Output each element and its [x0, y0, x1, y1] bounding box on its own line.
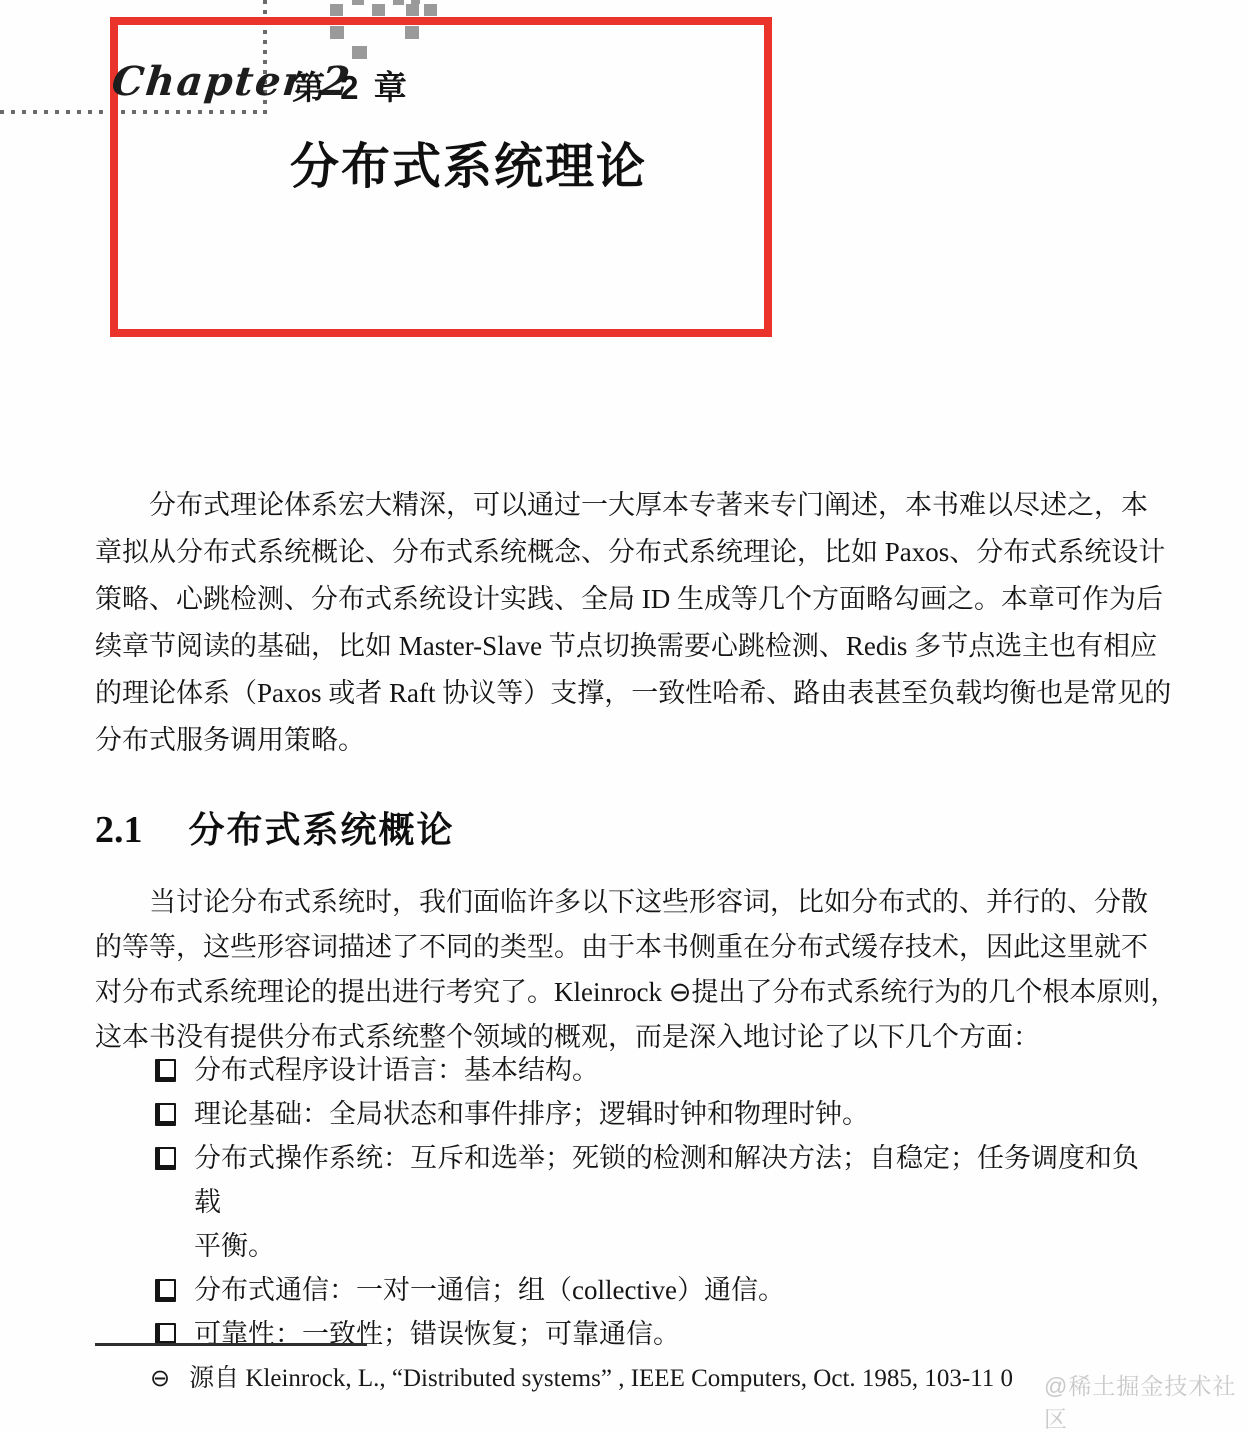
list-item-text: 分布式程序设计语言：基本结构。 — [194, 1048, 599, 1092]
ballot-box-icon — [155, 1279, 176, 1302]
pixel-dot — [406, 4, 419, 16]
intro-paragraph: 分布式理论体系宏大精深，可以通过一大厚本专著来专门阐述，本书难以尽述之，本 章拟… — [95, 482, 1203, 764]
ballot-box-icon — [155, 1103, 176, 1126]
section-title: 分布式系统概论 — [189, 802, 455, 853]
footnote: ⊖ 源自 Kleinrock, L., “Distributed systems… — [150, 1358, 1013, 1394]
list-item: 分布式通信：一对一通信；组（collective）通信。 — [155, 1268, 1165, 1312]
pixel-dot — [393, 0, 404, 5]
section-heading: 2.1 分布式系统概论 — [95, 802, 455, 853]
list-item-text: 分布式操作系统：互斥和选举；死锁的检测和解决方法；自稳定；任务调度和负载 平衡。 — [194, 1136, 1165, 1268]
ballot-box-icon — [155, 1059, 176, 1082]
list-item: 理论基础：全局状态和事件排序；逻辑时钟和物理时钟。 — [155, 1092, 1165, 1136]
bullet-list: 分布式程序设计语言：基本结构。 理论基础：全局状态和事件排序；逻辑时钟和物理时钟… — [155, 1048, 1165, 1356]
pixel-dot — [424, 4, 437, 16]
pixel-dot — [330, 4, 343, 16]
list-item-text: 可靠性：一致性；错误恢复；可靠通信。 — [194, 1312, 680, 1356]
list-item: 可靠性：一致性；错误恢复；可靠通信。 — [155, 1312, 1165, 1356]
chapter-number-label: 第 2 章 — [292, 62, 410, 109]
list-item: 分布式操作系统：互斥和选举；死锁的检测和解决方法；自稳定；任务调度和负载 平衡。 — [155, 1136, 1165, 1268]
footnote-text: 源自 Kleinrock, L., “Distributed systems” … — [189, 1358, 1013, 1394]
chapter-title: 分布式系统理论 — [290, 128, 647, 198]
section-paragraph: 当讨论分布式系统时，我们面临许多以下这些形容词，比如分布式的、并行的、分散 的等… — [95, 880, 1203, 1060]
pixel-dot — [372, 4, 385, 16]
pixel-dot — [352, 0, 364, 5]
footnote-divider — [95, 1343, 367, 1346]
list-item-text: 分布式通信：一对一通信；组（collective）通信。 — [194, 1268, 785, 1312]
list-item-text: 理论基础：全局状态和事件排序；逻辑时钟和物理时钟。 — [194, 1092, 869, 1136]
ballot-box-icon — [155, 1147, 176, 1170]
footnote-marker-icon: ⊖ — [150, 1364, 170, 1393]
watermark: @稀土掘金技术社区 — [1044, 1368, 1248, 1432]
section-number: 2.1 — [95, 808, 143, 852]
book-page-scan: Chapter 2 第 2 章 分布式系统理论 分布式理论体系宏大精深，可以通过… — [0, 0, 1248, 1432]
list-item: 分布式程序设计语言：基本结构。 — [155, 1048, 1165, 1092]
